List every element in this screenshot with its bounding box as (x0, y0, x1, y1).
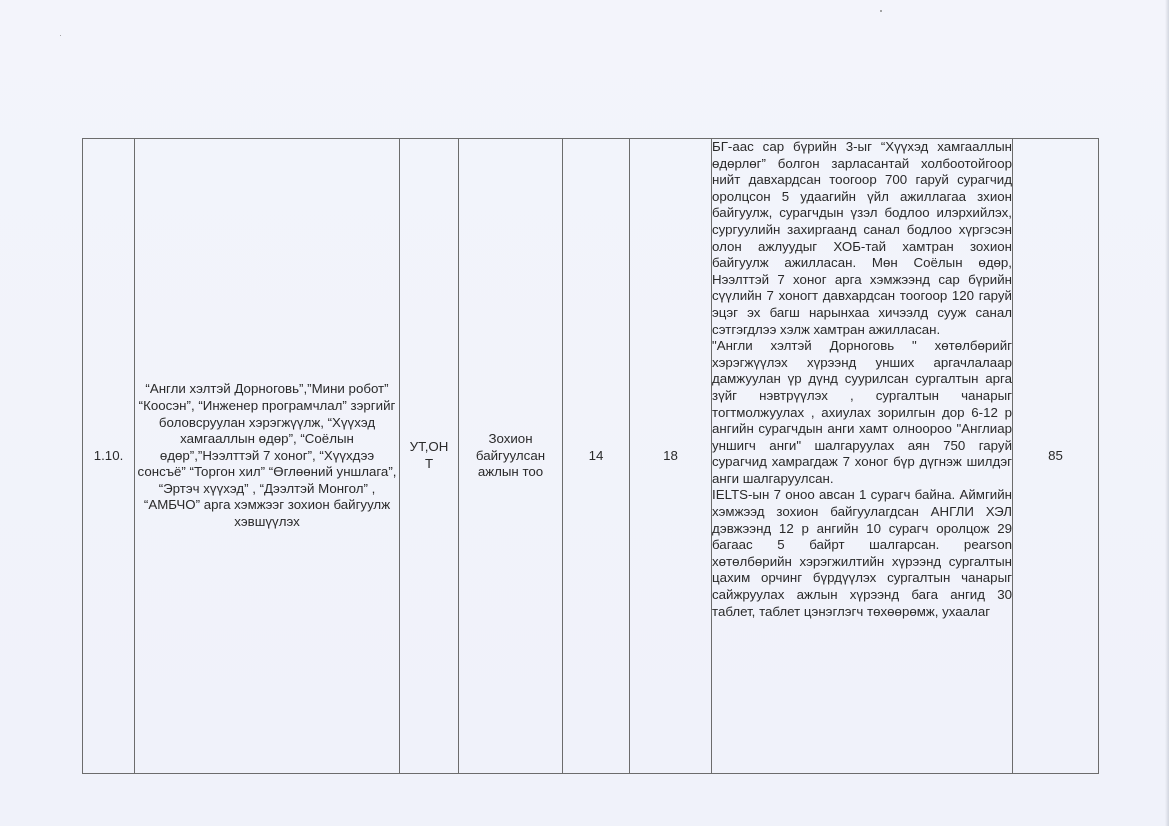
report-text: БГ-аас сар бүрийн 3-ыг “Хүүхэд хамгааллы… (712, 139, 1012, 773)
target-cell: 18 (630, 139, 712, 774)
responsible-cell: УТ,ОНТ (400, 139, 459, 774)
row-number: 1.10. (94, 448, 124, 463)
score-value: 85 (1048, 448, 1063, 463)
baseline-cell: 14 (563, 139, 630, 774)
scanned-page: 1.10. “Англи хэлтэй Дорноговь”,”Мини роб… (0, 0, 1169, 826)
indicator-cell: Зохион байгуулсан ажлын тоо (459, 139, 563, 774)
scan-speck (880, 10, 882, 12)
activity-cell: “Англи хэлтэй Дорноговь”,”Мини робот” “К… (135, 139, 400, 774)
score-cell: 85 (1013, 139, 1099, 774)
report-cell: БГ-аас сар бүрийн 3-ыг “Хүүхэд хамгааллы… (712, 139, 1013, 774)
report-paragraph: БГ-аас сар бүрийн 3-ыг “Хүүхэд хамгааллы… (712, 139, 1012, 338)
target-value: 18 (663, 448, 678, 463)
table-row: 1.10. “Англи хэлтэй Дорноговь”,”Мини роб… (83, 139, 1099, 774)
row-number-cell: 1.10. (83, 139, 135, 774)
responsible-text: УТ,ОНТ (400, 439, 458, 472)
page-edge (1165, 0, 1169, 826)
plan-report-table: 1.10. “Англи хэлтэй Дорноговь”,”Мини роб… (82, 138, 1099, 774)
report-paragraph: "Англи хэлтэй Дорноговь " хөтөлбөрийг хэ… (712, 338, 1012, 487)
activity-text: “Англи хэлтэй Дорноговь”,”Мини робот” “К… (135, 381, 399, 530)
report-paragraph: IELTS-ын 7 оноо авсан 1 сурагч байна. Ай… (712, 487, 1012, 620)
scan-speck (60, 35, 61, 36)
baseline-value: 14 (589, 448, 604, 463)
indicator-text: Зохион байгуулсан ажлын тоо (459, 431, 562, 481)
